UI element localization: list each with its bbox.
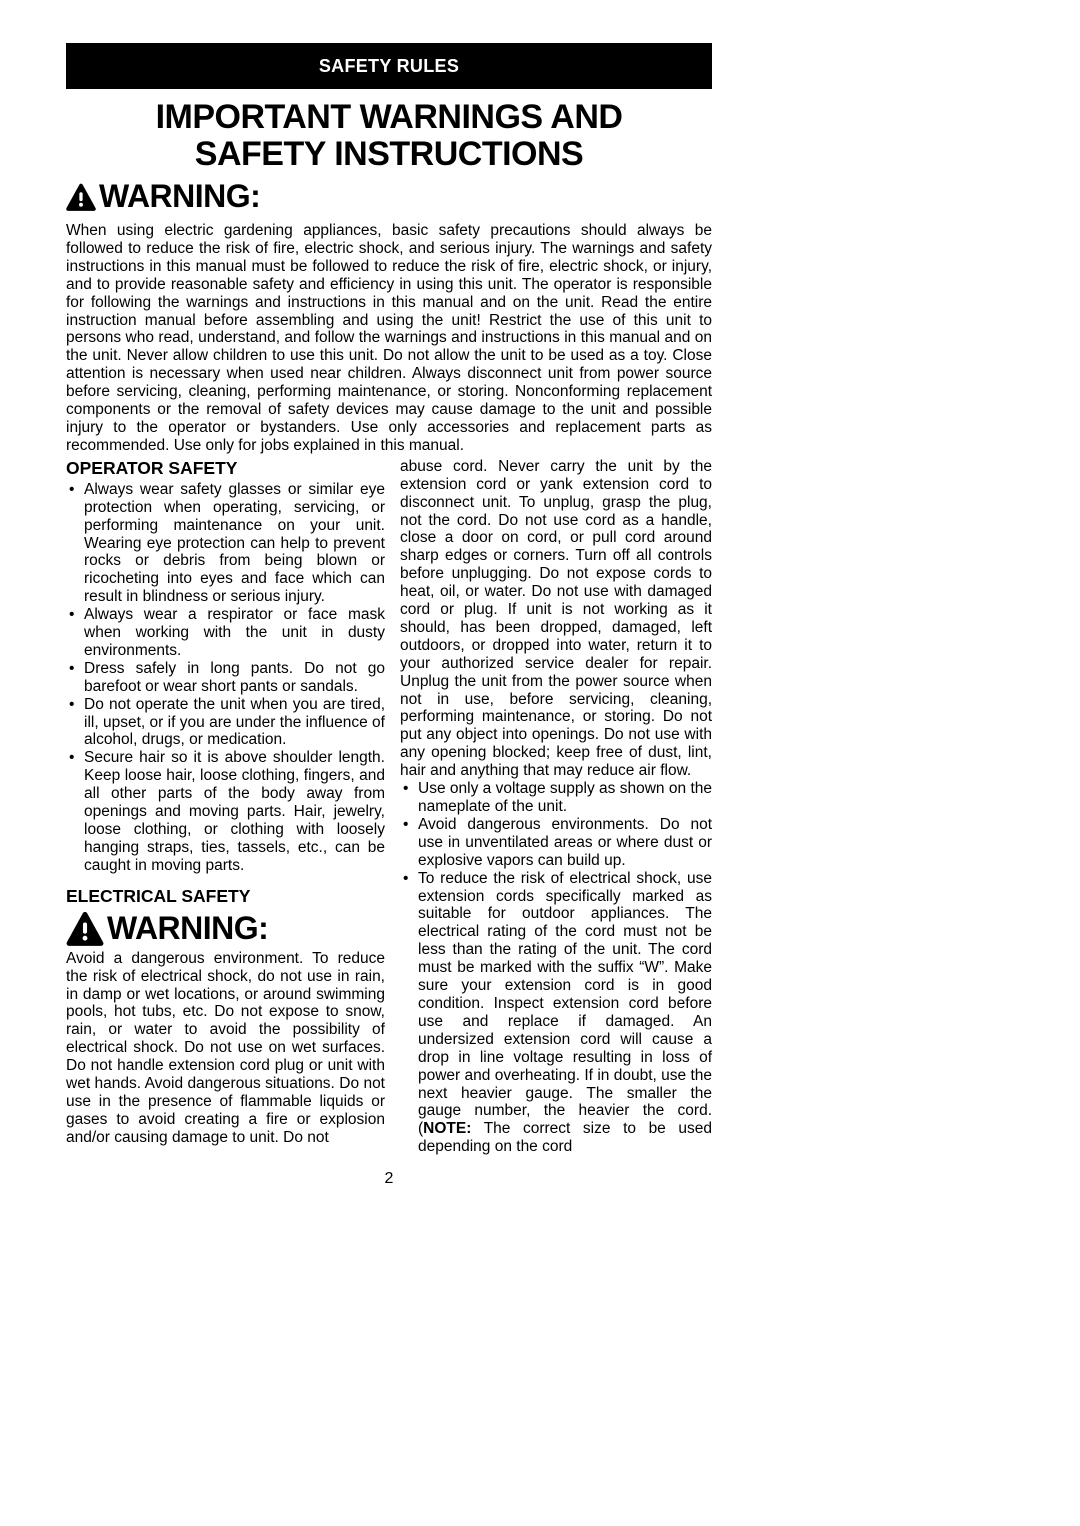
- page-title-line-1: IMPORTANT WARNINGS AND: [66, 99, 712, 136]
- list-item: Avoid dangerous environments. Do not use…: [400, 816, 712, 870]
- left-column: OPERATOR SAFETY Always wear safety glass…: [66, 458, 385, 1147]
- page-number: 2: [66, 1170, 712, 1188]
- list-item-text: Use only a voltage supply as shown on th…: [418, 780, 712, 815]
- list-item: Do not operate the unit when you are tir…: [66, 696, 385, 750]
- section-header-title: SAFETY RULES: [319, 56, 459, 77]
- list-item-text: Avoid dangerous environments. Do not use…: [418, 816, 712, 869]
- note-label: NOTE:: [423, 1120, 471, 1137]
- list-item-text: Always wear a respirator or face mask wh…: [84, 606, 385, 659]
- right-column: abuse cord. Never carry the unit by the …: [400, 458, 712, 1156]
- bullet-icon: [403, 870, 408, 888]
- page-content: SAFETY RULES IMPORTANT WARNINGS AND SAFE…: [66, 43, 712, 1188]
- electrical-safety-paragraph: Avoid a dangerous environment. To reduce…: [66, 950, 385, 1147]
- warning-heading-main: WARNING:: [66, 178, 712, 215]
- bullet-icon: [69, 481, 74, 499]
- warning-label: WARNING:: [99, 178, 260, 215]
- bullet-icon: [69, 696, 74, 714]
- list-item-text: To reduce the risk of electrical shock, …: [418, 870, 712, 1156]
- operator-safety-heading: OPERATOR SAFETY: [66, 458, 385, 479]
- bullet-icon: [69, 606, 74, 624]
- document-page: SAFETY RULES IMPORTANT WARNINGS AND SAFE…: [0, 0, 1080, 1526]
- electrical-safety-heading: ELECTRICAL SAFETY: [66, 886, 385, 907]
- warning-heading-electrical: WARNING:: [66, 910, 385, 947]
- bullet-icon: [69, 660, 74, 678]
- page-title: IMPORTANT WARNINGS AND SAFETY INSTRUCTIO…: [66, 99, 712, 173]
- warning-label: WARNING:: [107, 910, 268, 947]
- electrical-safety-continued-paragraph: abuse cord. Never carry the unit by the …: [400, 458, 712, 780]
- list-item: To reduce the risk of electrical shock, …: [400, 870, 712, 1157]
- section-header-bar: SAFETY RULES: [66, 43, 712, 89]
- warning-triangle-icon: [66, 911, 104, 946]
- list-item: Always wear safety glasses or similar ey…: [66, 481, 385, 606]
- list-item-text-pre: To reduce the risk of electrical shock, …: [418, 870, 712, 1138]
- bullet-icon: [403, 780, 408, 798]
- list-item-text: Secure hair so it is above shoulder leng…: [84, 749, 385, 873]
- intro-paragraph: When using electric gardening appliances…: [66, 222, 712, 455]
- list-item: Always wear a respirator or face mask wh…: [66, 606, 385, 660]
- bullet-icon: [69, 749, 74, 767]
- two-column-region: OPERATOR SAFETY Always wear safety glass…: [66, 458, 712, 1156]
- list-item: Dress safely in long pants. Do not go ba…: [66, 660, 385, 696]
- page-title-line-2: SAFETY INSTRUCTIONS: [66, 136, 712, 173]
- list-item: Use only a voltage supply as shown on th…: [400, 780, 712, 816]
- bullet-icon: [403, 816, 408, 834]
- list-item-text: Do not operate the unit when you are tir…: [84, 696, 385, 749]
- list-item-text: Always wear safety glasses or similar ey…: [84, 481, 385, 605]
- warning-triangle-icon: [66, 183, 96, 211]
- list-item: Secure hair so it is above shoulder leng…: [66, 749, 385, 874]
- list-item-text: Dress safely in long pants. Do not go ba…: [84, 660, 385, 695]
